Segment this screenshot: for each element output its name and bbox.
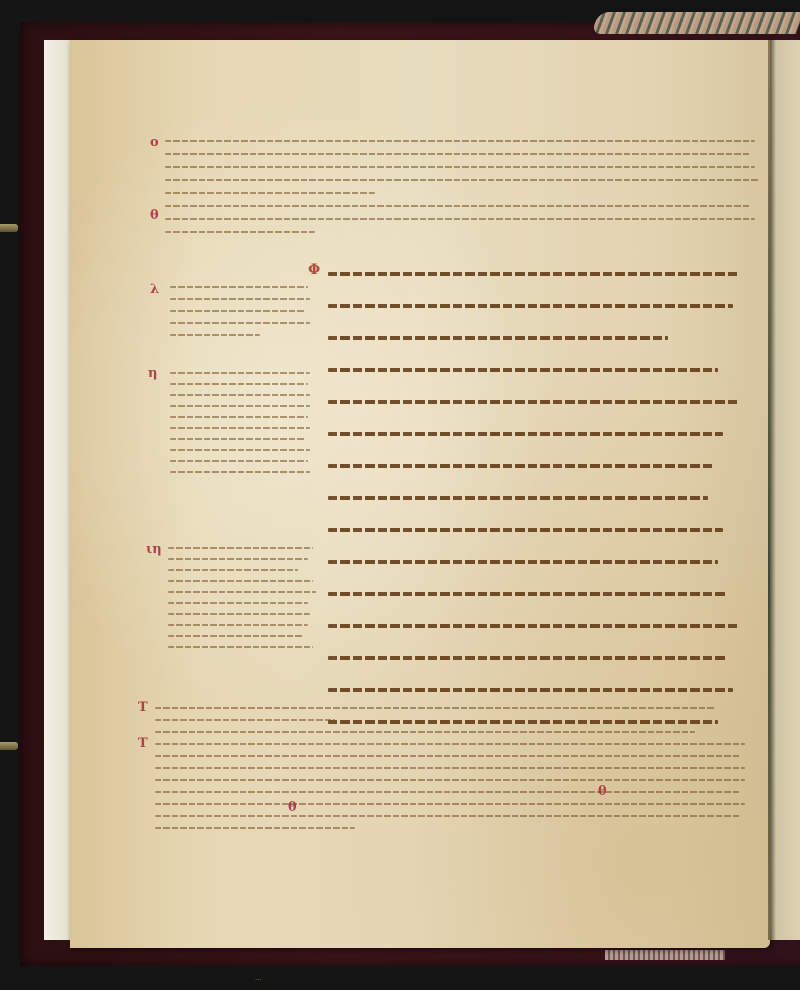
rubric-letter: η [148, 366, 157, 381]
left-scholia-block-3 [168, 547, 318, 657]
rubric-letter: Τ [138, 700, 148, 715]
main-text-initial: Φ [308, 262, 320, 278]
rubric-letter: ιη [146, 542, 162, 557]
clasp-bottom [0, 742, 18, 750]
rubric-letter: Τ [138, 736, 148, 751]
clasp-top [0, 224, 18, 232]
rubric-letter: ο [150, 135, 159, 150]
rubric-letter: θ [150, 208, 159, 223]
manuscript-page: ο θ λ η ιη Φ [70, 40, 770, 948]
left-scholia-block-1 [170, 286, 310, 346]
rubric-letter: λ [150, 282, 159, 297]
headband [591, 12, 800, 34]
facing-page-edge [770, 40, 800, 940]
top-scholia [165, 140, 765, 244]
main-text-block [328, 272, 748, 752]
footer-note: ... [255, 974, 262, 982]
bottom-scholia [155, 707, 745, 839]
tailband [605, 950, 725, 960]
left-scholia-block-2 [170, 372, 310, 482]
